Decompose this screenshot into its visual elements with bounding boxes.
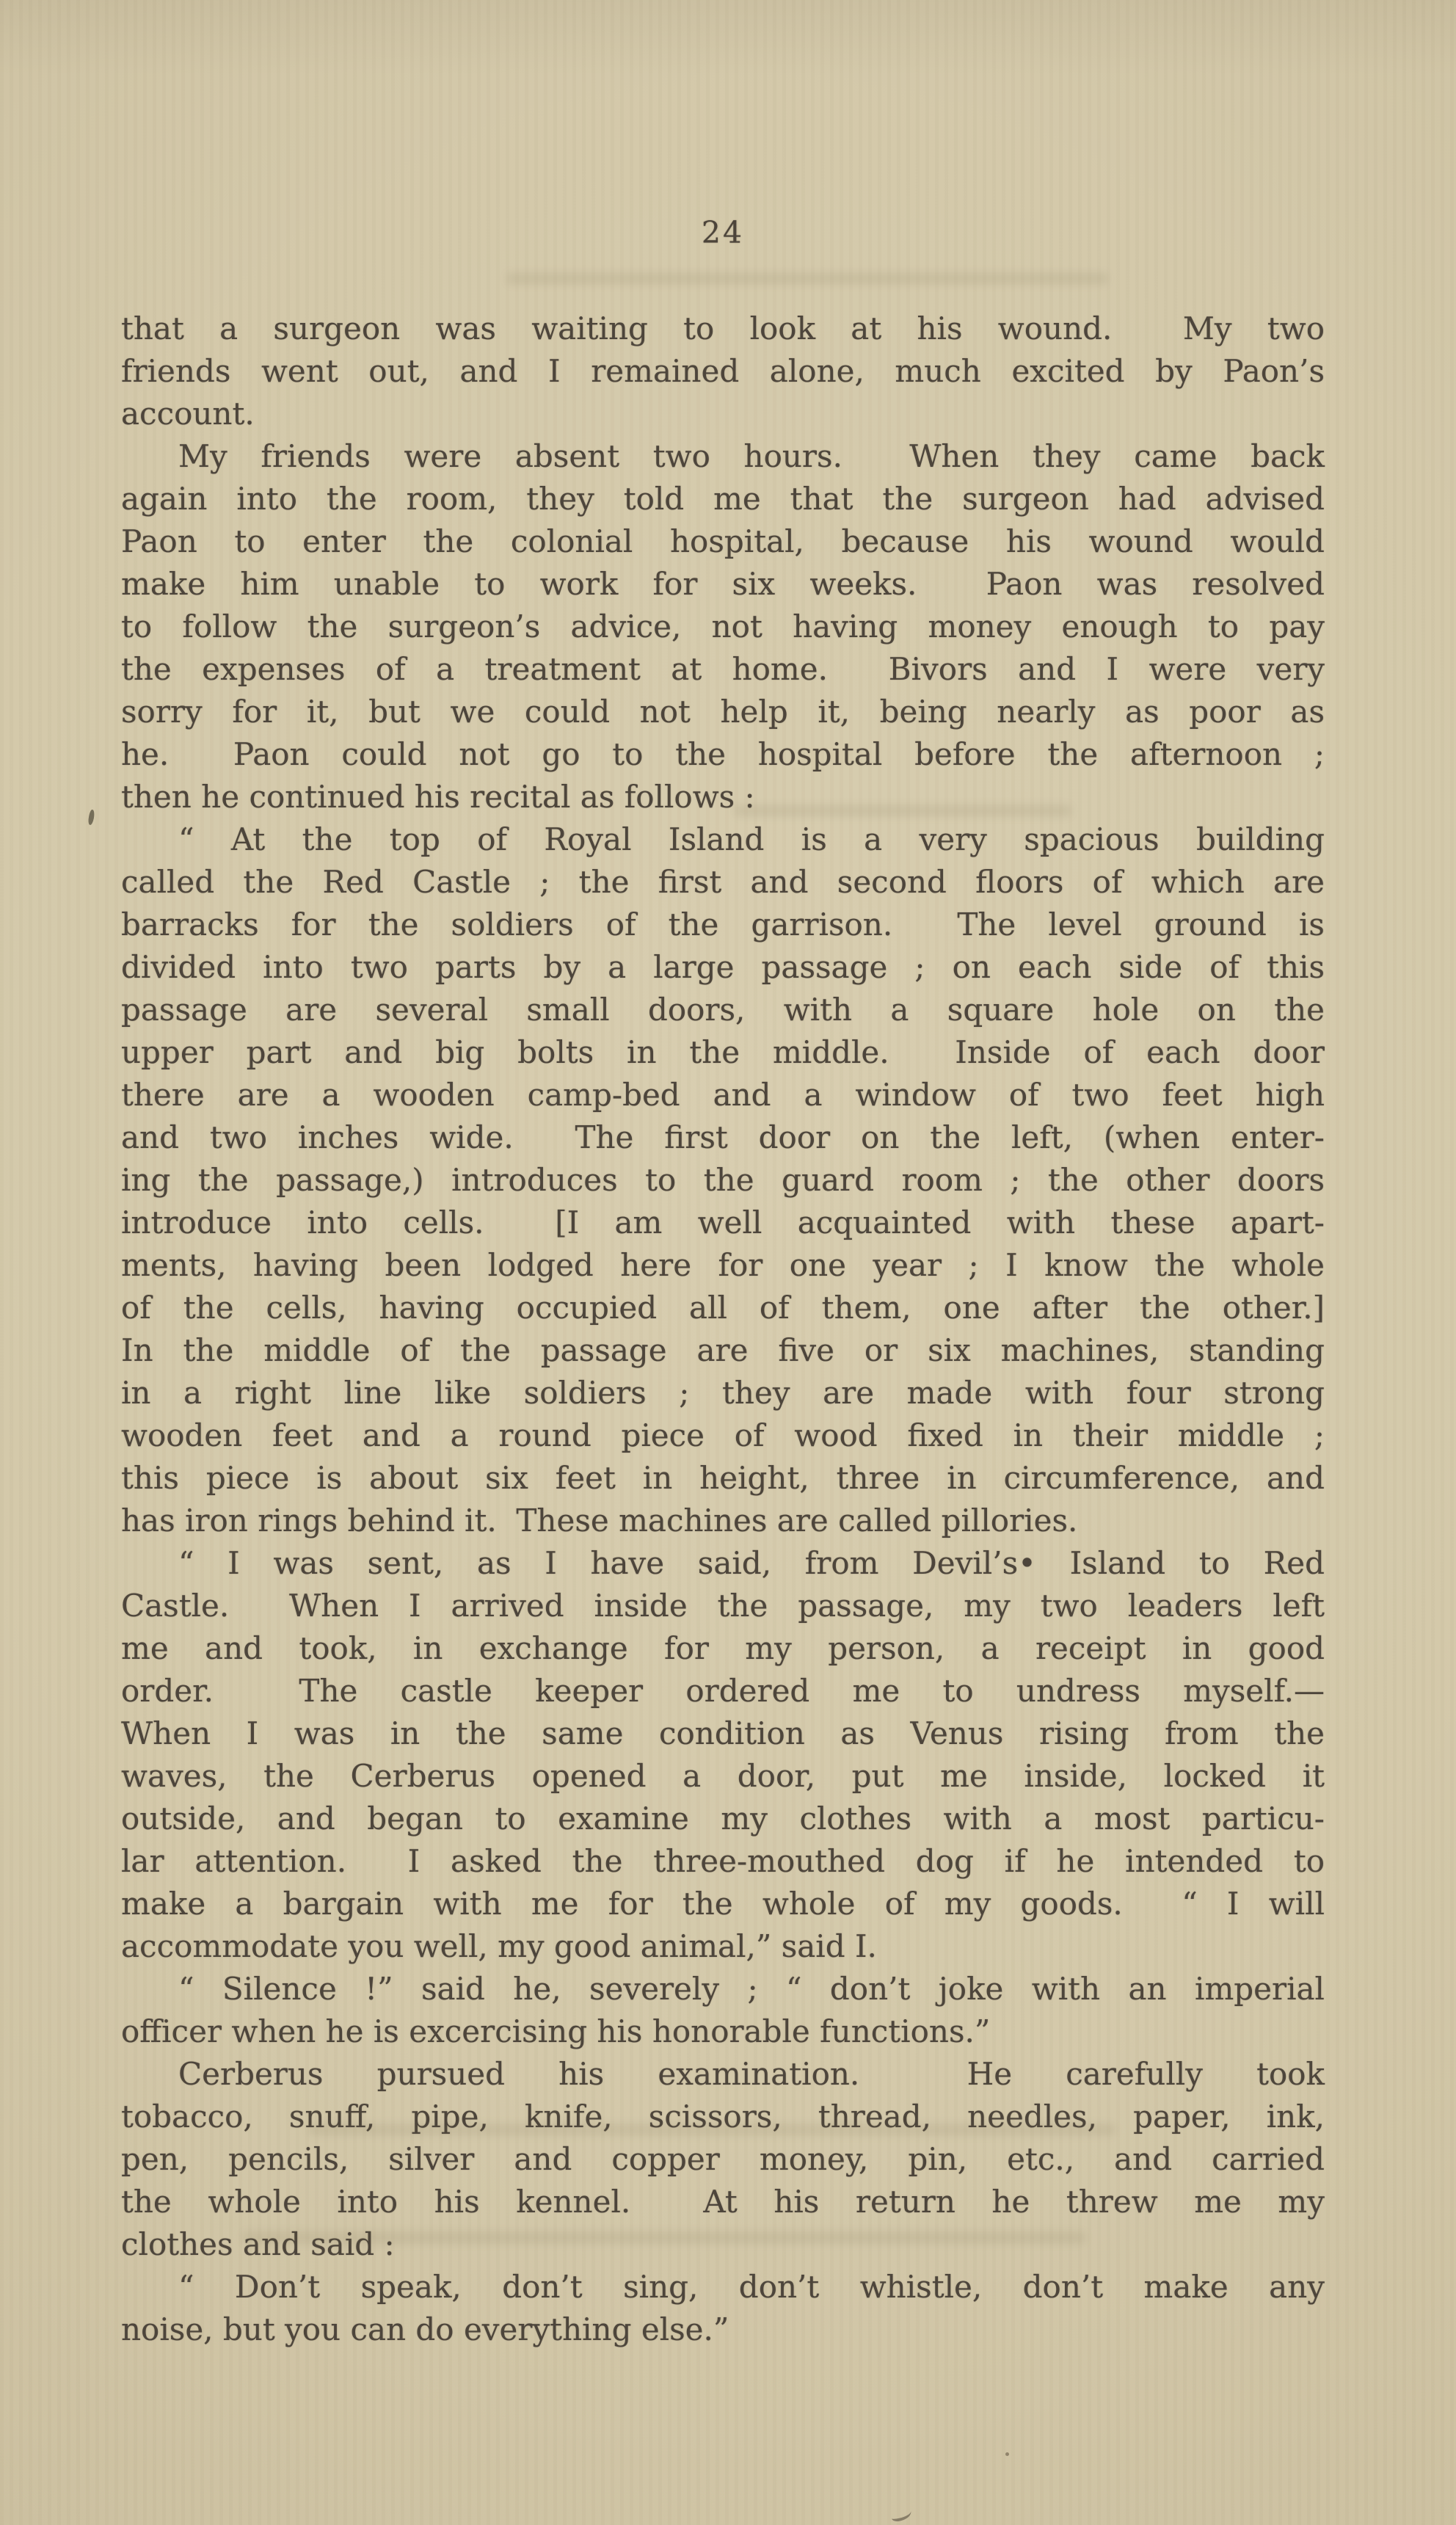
text-line: Cerberus pursued his examination. He car… <box>121 2053 1325 2096</box>
page-number: 24 <box>121 215 1325 250</box>
text-line: accommodate you well, my good animal,” s… <box>121 1925 1325 1968</box>
paragraph: “ I was sent, as I have said, from Devil… <box>121 1542 1325 1968</box>
text-line: introduce into cells. [I am well acquain… <box>121 1202 1325 1244</box>
text-line: passage are several small doors, with a … <box>121 989 1325 1031</box>
paragraph: My friends were absent two hours. When t… <box>121 435 1325 818</box>
text-line: barracks for the soldiers of the garriso… <box>121 904 1325 946</box>
text-line: again into the room, they told me that t… <box>121 478 1325 520</box>
show-through-band <box>242 2231 1086 2244</box>
text-line: account. <box>121 393 1325 435</box>
text-line: and two inches wide. The first door on t… <box>121 1116 1325 1159</box>
text-line: he. Paon could not go to the hospital be… <box>121 733 1325 776</box>
text-line: waves, the Cerberus opened a door, put m… <box>121 1755 1325 1798</box>
text-line: make him unable to work for six weeks. P… <box>121 563 1325 606</box>
text-line: the expenses of a treatment at home. Biv… <box>121 648 1325 691</box>
text-line: outside, and began to examine my clothes… <box>121 1798 1325 1840</box>
text-block: that a surgeon was waiting to look at hi… <box>121 308 1325 2351</box>
text-line: clothes and said : <box>121 2223 1325 2266</box>
text-line: noise, but you can do everything else.” <box>121 2308 1325 2351</box>
text-line: In the middle of the passage are five or… <box>121 1329 1325 1372</box>
text-line: Paon to enter the colonial hospital, bec… <box>121 520 1325 563</box>
text-line: in a right line like soldiers ; they are… <box>121 1372 1325 1414</box>
margin-ink-mark <box>87 810 95 826</box>
text-line: wooden feet and a round piece of wood fi… <box>121 1414 1325 1457</box>
show-through-band <box>734 804 1071 817</box>
text-line: called the Red Castle ; the first and se… <box>121 861 1325 904</box>
text-line: “ I was sent, as I have said, from Devil… <box>121 1542 1325 1585</box>
text-line: there are a wooden camp-bed and a window… <box>121 1074 1325 1116</box>
text-line: has iron rings behind it. These machines… <box>121 1500 1325 1542</box>
text-line: ments, having been lodged here for one y… <box>121 1244 1325 1287</box>
show-through-band <box>506 272 1108 285</box>
text-line: the whole into his kennel. At his return… <box>121 2181 1325 2223</box>
paper-speck <box>1005 2452 1009 2456</box>
text-line: ing the passage,) introduces to the guar… <box>121 1159 1325 1202</box>
text-line: officer when he is excercising his honor… <box>121 2010 1325 2053</box>
text-line: me and took, in exchange for my person, … <box>121 1627 1325 1670</box>
paragraph: that a surgeon was waiting to look at hi… <box>121 308 1325 435</box>
text-line: then he continued his recital as follows… <box>121 776 1325 818</box>
text-line: “ Don’t speak, don’t sing, don’t whistle… <box>121 2266 1325 2308</box>
paragraph: “ At the top of Royal Island is a very s… <box>121 818 1325 1542</box>
text-line: upper part and big bolts in the middle. … <box>121 1031 1325 1074</box>
text-line: Castle. When I arrived inside the passag… <box>121 1585 1325 1627</box>
text-line: of the cells, having occupied all of the… <box>121 1287 1325 1329</box>
text-line: order. The castle keeper ordered me to u… <box>121 1670 1325 1712</box>
book-page: 24 that a surgeon was waiting to look at… <box>0 0 1456 2525</box>
text-line: make a bargain with me for the whole of … <box>121 1883 1325 1925</box>
show-through-band <box>308 2123 1115 2136</box>
text-line: divided into two parts by a large passag… <box>121 946 1325 989</box>
text-line: “ At the top of Royal Island is a very s… <box>121 818 1325 861</box>
text-line: pen, pencils, silver and copper money, p… <box>121 2138 1325 2181</box>
paragraph: “ Silence !” said he, severely ; “ don’t… <box>121 1968 1325 2053</box>
bottom-ink-squiggle <box>889 2507 912 2523</box>
text-line: this piece is about six feet in height, … <box>121 1457 1325 1500</box>
paragraph: “ Don’t speak, don’t sing, don’t whistle… <box>121 2266 1325 2351</box>
text-line: lar attention. I asked the three-mouthed… <box>121 1840 1325 1883</box>
text-line: sorry for it, but we could not help it, … <box>121 691 1325 733</box>
text-line: that a surgeon was waiting to look at hi… <box>121 308 1325 350</box>
text-line: When I was in the same condition as Venu… <box>121 1712 1325 1755</box>
text-line: My friends were absent two hours. When t… <box>121 435 1325 478</box>
text-line: friends went out, and I remained alone, … <box>121 350 1325 393</box>
text-line: “ Silence !” said he, severely ; “ don’t… <box>121 1968 1325 2010</box>
text-line: to follow the surgeon’s advice, not havi… <box>121 606 1325 648</box>
